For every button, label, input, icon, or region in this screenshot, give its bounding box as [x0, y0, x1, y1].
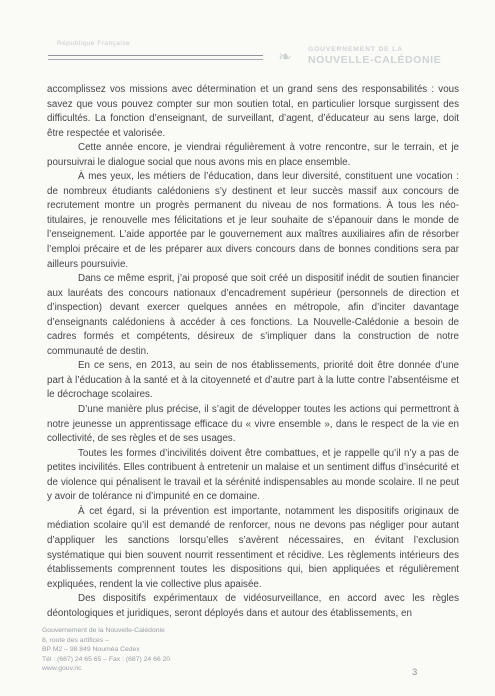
- nc-government-emblem-icon: ❧: [276, 47, 294, 69]
- government-wordmark-line1: GOUVERNEMENT DE LA: [308, 46, 441, 54]
- footer-street: 8, route des artifices –: [42, 636, 170, 646]
- scanned-letter-page: République Française ❧ GOUVERNEMENT DE L…: [0, 0, 495, 696]
- letterhead-divider: [48, 55, 263, 60]
- paragraph: Toutes les formes d’incivilités doivent …: [47, 447, 459, 505]
- paragraph: À mes yeux, les métiers de l’éducation, …: [47, 170, 459, 272]
- footer-postal: BP M2 – 98 849 Nouméa Cedex: [42, 645, 170, 655]
- letterhead: République Française ❧ GOUVERNEMENT DE L…: [0, 0, 495, 80]
- footer-address-block: Gouvernement de la Nouvelle-Calédonie 8,…: [42, 626, 170, 674]
- footer-phone-fax: Tél : (687) 24 65 65 – Fax : (687) 24 66…: [42, 655, 170, 665]
- paragraph: D’une manière plus précise, il s’agit de…: [47, 403, 459, 447]
- paragraph: Des dispositifs expérimentaux de vidéosu…: [47, 592, 459, 621]
- paragraph: Cette année encore, je viendrai régulièr…: [47, 141, 459, 170]
- paragraph: accomplissez vos missions avec détermina…: [47, 83, 459, 141]
- paragraph: Dans ce même esprit, j’ai proposé que so…: [47, 272, 459, 359]
- page-number: 3: [412, 667, 417, 678]
- footer-org-name: Gouvernement de la Nouvelle-Calédonie: [42, 626, 170, 636]
- letter-body: accomplissez vos missions avec détermina…: [47, 83, 459, 621]
- government-wordmark-line2: NOUVELLE-CALÉDONIE: [308, 54, 441, 66]
- paragraph: En ce sens, en 2013, au sein de nos étab…: [47, 359, 459, 403]
- footer-website: www.gouv.nc: [42, 664, 170, 674]
- government-wordmark: GOUVERNEMENT DE LA NOUVELLE-CALÉDONIE: [308, 46, 441, 66]
- republique-francaise-label: République Française: [57, 40, 130, 47]
- paragraph: À cet égard, si la prévention est import…: [47, 505, 459, 592]
